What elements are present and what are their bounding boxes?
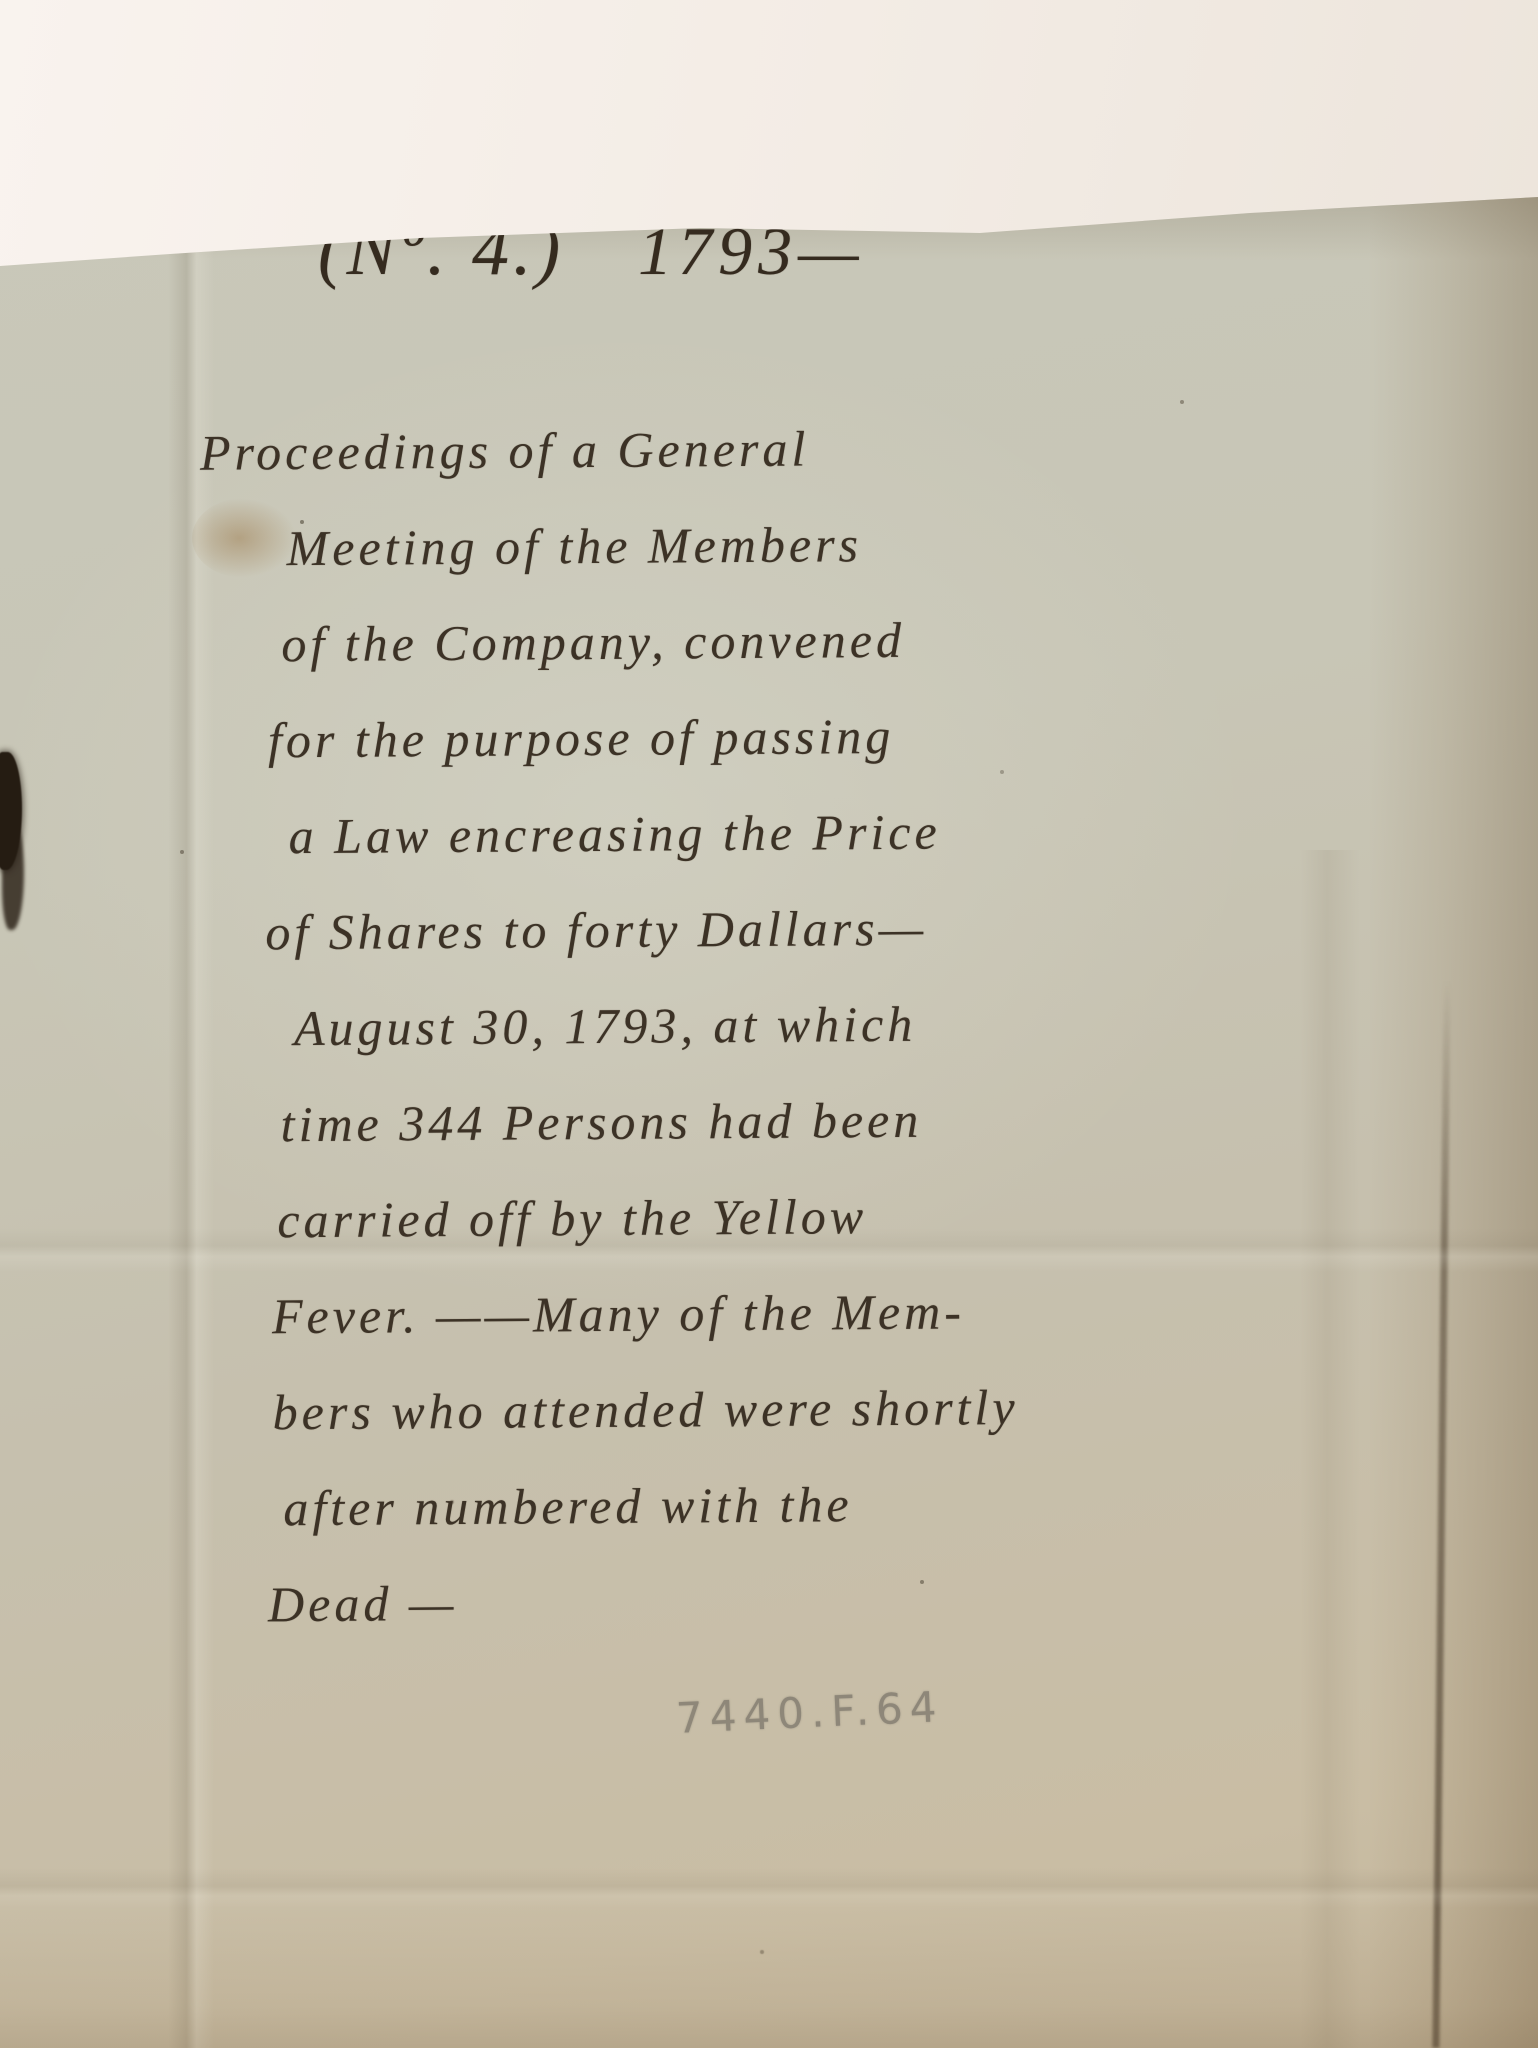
- manuscript-line: of the Company, convened: [281, 591, 1014, 692]
- manuscript-line: carried off by the Yellow: [277, 1167, 1018, 1268]
- manuscript-line: time 344 Persons had been: [280, 1071, 1017, 1172]
- manuscript-line: Fever. ——Many of the Mem-: [272, 1263, 1019, 1364]
- manuscript-paper: (Nº. 4.)1793— Proceedings of a General M…: [0, 0, 1538, 2048]
- manuscript-line: Meeting of the Members: [286, 495, 1013, 596]
- shelfmark-pencil: 7440.F.64: [675, 1682, 944, 1743]
- manuscript-line: Dead —: [268, 1551, 1021, 1652]
- manuscript-text: Proceedings of a General Meeting of the …: [178, 399, 1021, 1653]
- manuscript-line: of Shares to forty Dallars—: [265, 879, 1016, 980]
- manuscript-line: Proceedings of a General: [200, 399, 1013, 501]
- manuscript-line: a Law encreasing the Price: [288, 783, 1015, 884]
- manuscript-line: after numbered with the: [283, 1455, 1020, 1556]
- manuscript-line: for the purpose of passing: [268, 687, 1015, 788]
- page-edge-shadow-right: [1368, 150, 1538, 2048]
- manuscript-line: August 30, 1793, at which: [294, 975, 1017, 1076]
- fold-crease-bottom: [0, 1868, 1538, 1908]
- manuscript-photo: (Nº. 4.)1793— Proceedings of a General M…: [0, 0, 1538, 2048]
- ink-blot-left-edge: [0, 752, 22, 870]
- manuscript-line: bers who attended were shortly: [272, 1359, 1019, 1460]
